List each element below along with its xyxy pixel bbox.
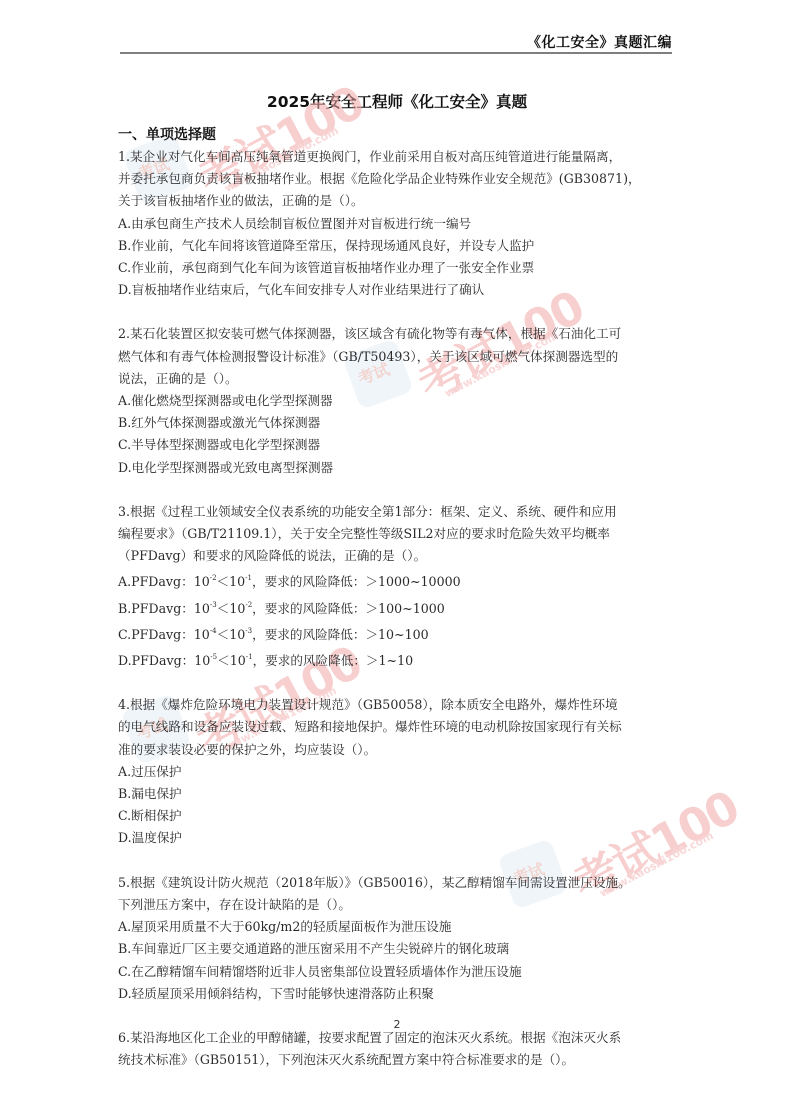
option-a: A.屋顶采用质量不大于60kg/m2的轻质屋面板作为泄压设施 — [118, 916, 674, 938]
option-a: A.过压保护 — [118, 761, 674, 783]
question-text: （PFDavg）和要求的风险降低的说法，正确的是（）。 — [118, 545, 674, 567]
question-text: 并委托承包商负责该盲板抽堵作业。根据《危险化学品企业特殊作业安全规范》(GB30… — [118, 168, 674, 190]
option-a: A.由承包商生产技术人员绘制盲板位置图并对盲板进行统一编号 — [118, 213, 674, 235]
question-text: 5.根据《建筑设计防火规范（2018年版）》（GB50016），某乙醇精馏车间需… — [118, 872, 674, 894]
question-text: 4.根据《爆炸危险环境电力装置设计规范》（GB50058），除本质安全电路外，爆… — [118, 694, 674, 716]
question-6: 6.某沿海地区化工企业的甲醇储罐，按要求配置了固定的泡沫灭火系统。根据《泡沫灭火… — [118, 1027, 674, 1071]
option-c: C.作业前，承包商到气化车间为该管道盲板抽堵作业办理了一张安全作业票 — [118, 257, 674, 279]
option-b: B.作业前，气化车间将该管道降至常压，保持现场通风良好，并设专人监护 — [118, 235, 674, 257]
question-text: 关于该盲板抽堵作业的做法，正确的是（）。 — [118, 190, 674, 212]
question-text: 燃气体和有毒气体检测报警设计标准》（GB/T50493），关于该区域可燃气体探测… — [118, 346, 674, 368]
option-c: C.半导体型探测器或电化学型探测器 — [118, 434, 674, 456]
option-c: C.断相保护 — [118, 805, 674, 827]
question-text: 1.某企业对气化车间高压纯氧管道更换阀门，作业前采用自板对高压纯管道进行能量隔离… — [118, 146, 674, 168]
document-title: 2025年安全工程师《化工安全》真题 — [0, 90, 794, 112]
option-b: B.漏电保护 — [118, 783, 674, 805]
option-d: D.电化学型探测器或光致电离型探测器 — [118, 457, 674, 479]
option-c: C.PFDavg：10-4＜10-3，要求的风险降低：＞10~100 — [118, 620, 674, 646]
question-text: 统技术标准》（GB50151），下列泡沫灭火系统配置方案中符合标准要求的是（）。 — [118, 1049, 674, 1071]
option-a: A.PFDavg：10-2＜10-1，要求的风险降低：＞1000~10000 — [118, 567, 674, 593]
option-b: B.车间靠近厂区主要交通道路的泄压窗采用不产生尖锐碎片的钢化玻璃 — [118, 938, 674, 960]
question-1: 1.某企业对气化车间高压纯氧管道更换阀门，作业前采用自板对高压纯管道进行能量隔离… — [118, 146, 674, 301]
document-body: 一、单项选择题 1.某企业对气化车间高压纯氧管道更换阀门，作业前采用自板对高压纯… — [118, 124, 674, 1093]
question-2: 2.某石化装置区拟安装可燃气体探测器，该区域含有硫化物等有毒气体，根据《石油化工… — [118, 323, 674, 478]
question-text: 编程要求》（GB/T21109.1），关于安全完整性等级SIL2对应的要求时危险… — [118, 523, 674, 545]
option-c: C.在乙醇精馏车间精馏塔附近非人员密集部位设置轻质墙体作为泄压设施 — [118, 961, 674, 983]
question-text: 3.根据《过程工业领域安全仪表系统的功能安全第1部分：框架、定义、系统、硬件和应… — [118, 501, 674, 523]
option-d: D.温度保护 — [118, 827, 674, 849]
question-3: 3.根据《过程工业领域安全仪表系统的功能安全第1部分：框架、定义、系统、硬件和应… — [118, 501, 674, 672]
option-b: B.PFDavg：10-3＜10-2，要求的风险降低：＞100~1000 — [118, 594, 674, 620]
option-d: D.PFDavg：10-5＜10-1，要求的风险降低：＞1~10 — [118, 646, 674, 672]
option-d: D.盲板抽堵作业结束后，气化车间安排专人对作业结果进行了确认 — [118, 279, 674, 301]
question-text: 的电气线路和设备应装设过载、短路和接地保护。爆炸性环境的电动机除按国家现行有关标 — [118, 716, 674, 738]
question-text: 准的要求装设必要的保护之外，均应装设（）。 — [118, 739, 674, 761]
section-heading: 一、单项选择题 — [118, 124, 674, 146]
page-header: 《化工安全》真题汇编 — [120, 30, 672, 54]
page-number: 2 — [0, 1018, 794, 1031]
question-5: 5.根据《建筑设计防火规范（2018年版）》（GB50016），某乙醇精馏车间需… — [118, 872, 674, 1005]
option-b: B.红外气体探测器或激光气体探测器 — [118, 412, 674, 434]
question-4: 4.根据《爆炸危险环境电力装置设计规范》（GB50058），除本质安全电路外，爆… — [118, 694, 674, 849]
header-title: 《化工安全》真题汇编 — [527, 32, 672, 52]
question-text: 2.某石化装置区拟安装可燃气体探测器，该区域含有硫化物等有毒气体，根据《石油化工… — [118, 323, 674, 345]
question-text: 下列泄压方案中，存在设计缺陷的是（）。 — [118, 894, 674, 916]
option-d: D.轻质屋顶采用倾斜结构，下雪时能够快速滑落防止积聚 — [118, 983, 674, 1005]
option-a: A.催化燃烧型探测器或电化学型探测器 — [118, 390, 674, 412]
question-text: 说法，正确的是（）。 — [118, 368, 674, 390]
